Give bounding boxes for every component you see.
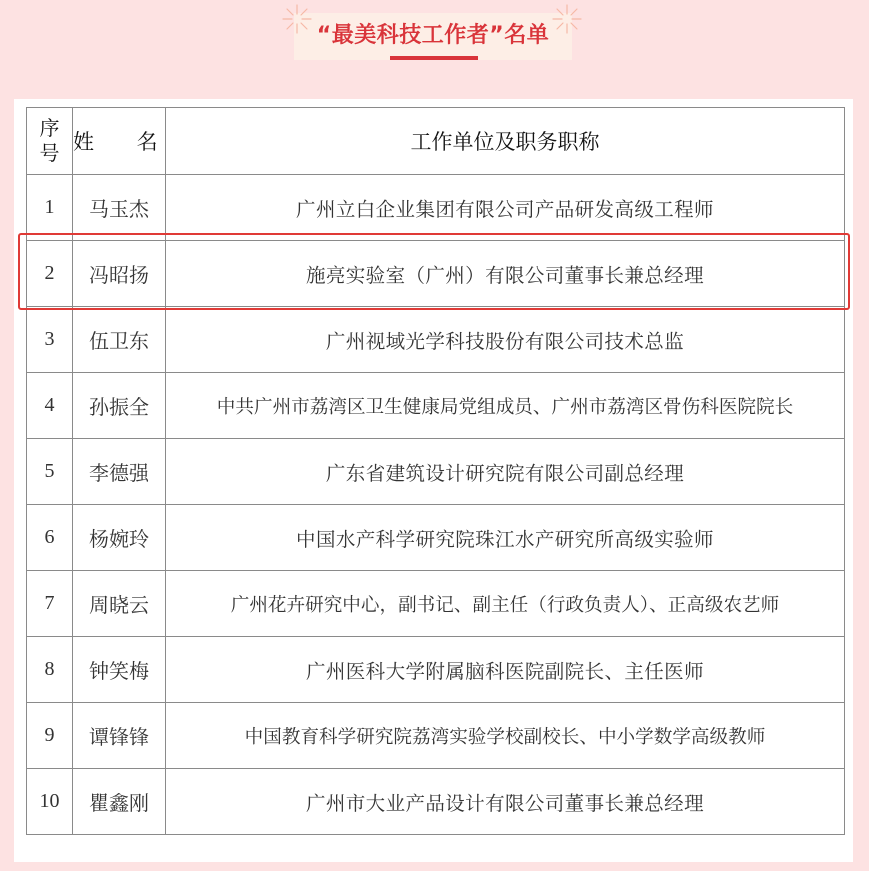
cell-name: 瞿鑫刚 (73, 769, 166, 835)
header-name: 姓 名 (73, 108, 166, 175)
cell-seq: 1 (27, 175, 73, 241)
cell-unit: 中国水产科学研究院珠江水产研究所高级实验师 (166, 505, 845, 571)
cell-unit: 广州花卉研究中心，副书记、副主任（行政负责人）、正高级农艺师 (166, 571, 845, 637)
cell-name: 周晓云 (73, 571, 166, 637)
cell-unit: 广州视域光学科技股份有限公司技术总监 (166, 307, 845, 373)
cell-unit: 广州立白企业集团有限公司产品研发高级工程师 (166, 175, 845, 241)
cell-name: 杨婉玲 (73, 505, 166, 571)
cell-seq: 3 (27, 307, 73, 373)
table-row: 8 钟笑梅 广州医科大学附属脑科医院副院长、主任医师 (27, 637, 845, 703)
cell-name: 钟笑梅 (73, 637, 166, 703)
table-row: 6 杨婉玲 中国水产科学研究院珠江水产研究所高级实验师 (27, 505, 845, 571)
table-row: 3 伍卫东 广州视域光学科技股份有限公司技术总监 (27, 307, 845, 373)
cell-unit: 广州市大业产品设计有限公司董事长兼总经理 (166, 769, 845, 835)
cell-seq: 7 (27, 571, 73, 637)
table-row: 4 孙振全 中共广州市荔湾区卫生健康局党组成员、广州市荔湾区骨伤科医院院长 (27, 373, 845, 439)
cell-unit: 中共广州市荔湾区卫生健康局党组成员、广州市荔湾区骨伤科医院院长 (166, 373, 845, 439)
header-unit: 工作单位及职务职称 (166, 108, 845, 175)
title-underline (390, 56, 478, 60)
cell-seq: 2 (27, 241, 73, 307)
header-seq: 序号 (27, 108, 73, 175)
table-row: 10 瞿鑫刚 广州市大业产品设计有限公司董事长兼总经理 (27, 769, 845, 835)
cell-unit: 广东省建筑设计研究院有限公司副总经理 (166, 439, 845, 505)
cell-name: 李德强 (73, 439, 166, 505)
cell-name: 谭锋锋 (73, 703, 166, 769)
cell-seq: 4 (27, 373, 73, 439)
cell-unit: 广州医科大学附属脑科医院副院长、主任医师 (166, 637, 845, 703)
table-header-row: 序号 姓 名 工作单位及职务职称 (27, 108, 845, 175)
firework-icon (280, 2, 314, 36)
cell-name: 冯昭扬 (73, 241, 166, 307)
cell-seq: 8 (27, 637, 73, 703)
roster-table: 序号 姓 名 工作单位及职务职称 1 马玉杰 广州立白企业集团有限公司产品研发高… (26, 107, 845, 835)
title-banner: “最美科技工作者”名单 (294, 13, 572, 60)
cell-seq: 6 (27, 505, 73, 571)
cell-name: 孙振全 (73, 373, 166, 439)
table-row: 5 李德强 广东省建筑设计研究院有限公司副总经理 (27, 439, 845, 505)
table-row: 9 谭锋锋 中国教育科学研究院荔湾实验学校副校长、中小学数学高级教师 (27, 703, 845, 769)
page-title: “最美科技工作者”名单 (294, 23, 572, 49)
cell-unit: 施亮实验室（广州）有限公司董事长兼总经理 (166, 241, 845, 307)
cell-unit: 中国教育科学研究院荔湾实验学校副校长、中小学数学高级教师 (166, 703, 845, 769)
cell-name: 伍卫东 (73, 307, 166, 373)
table-row: 7 周晓云 广州花卉研究中心，副书记、副主任（行政负责人）、正高级农艺师 (27, 571, 845, 637)
firework-icon (550, 2, 584, 36)
cell-seq: 9 (27, 703, 73, 769)
cell-seq: 5 (27, 439, 73, 505)
table-row: 1 马玉杰 广州立白企业集团有限公司产品研发高级工程师 (27, 175, 845, 241)
cell-seq: 10 (27, 769, 73, 835)
table-row: 2 冯昭扬 施亮实验室（广州）有限公司董事长兼总经理 (27, 241, 845, 307)
cell-name: 马玉杰 (73, 175, 166, 241)
